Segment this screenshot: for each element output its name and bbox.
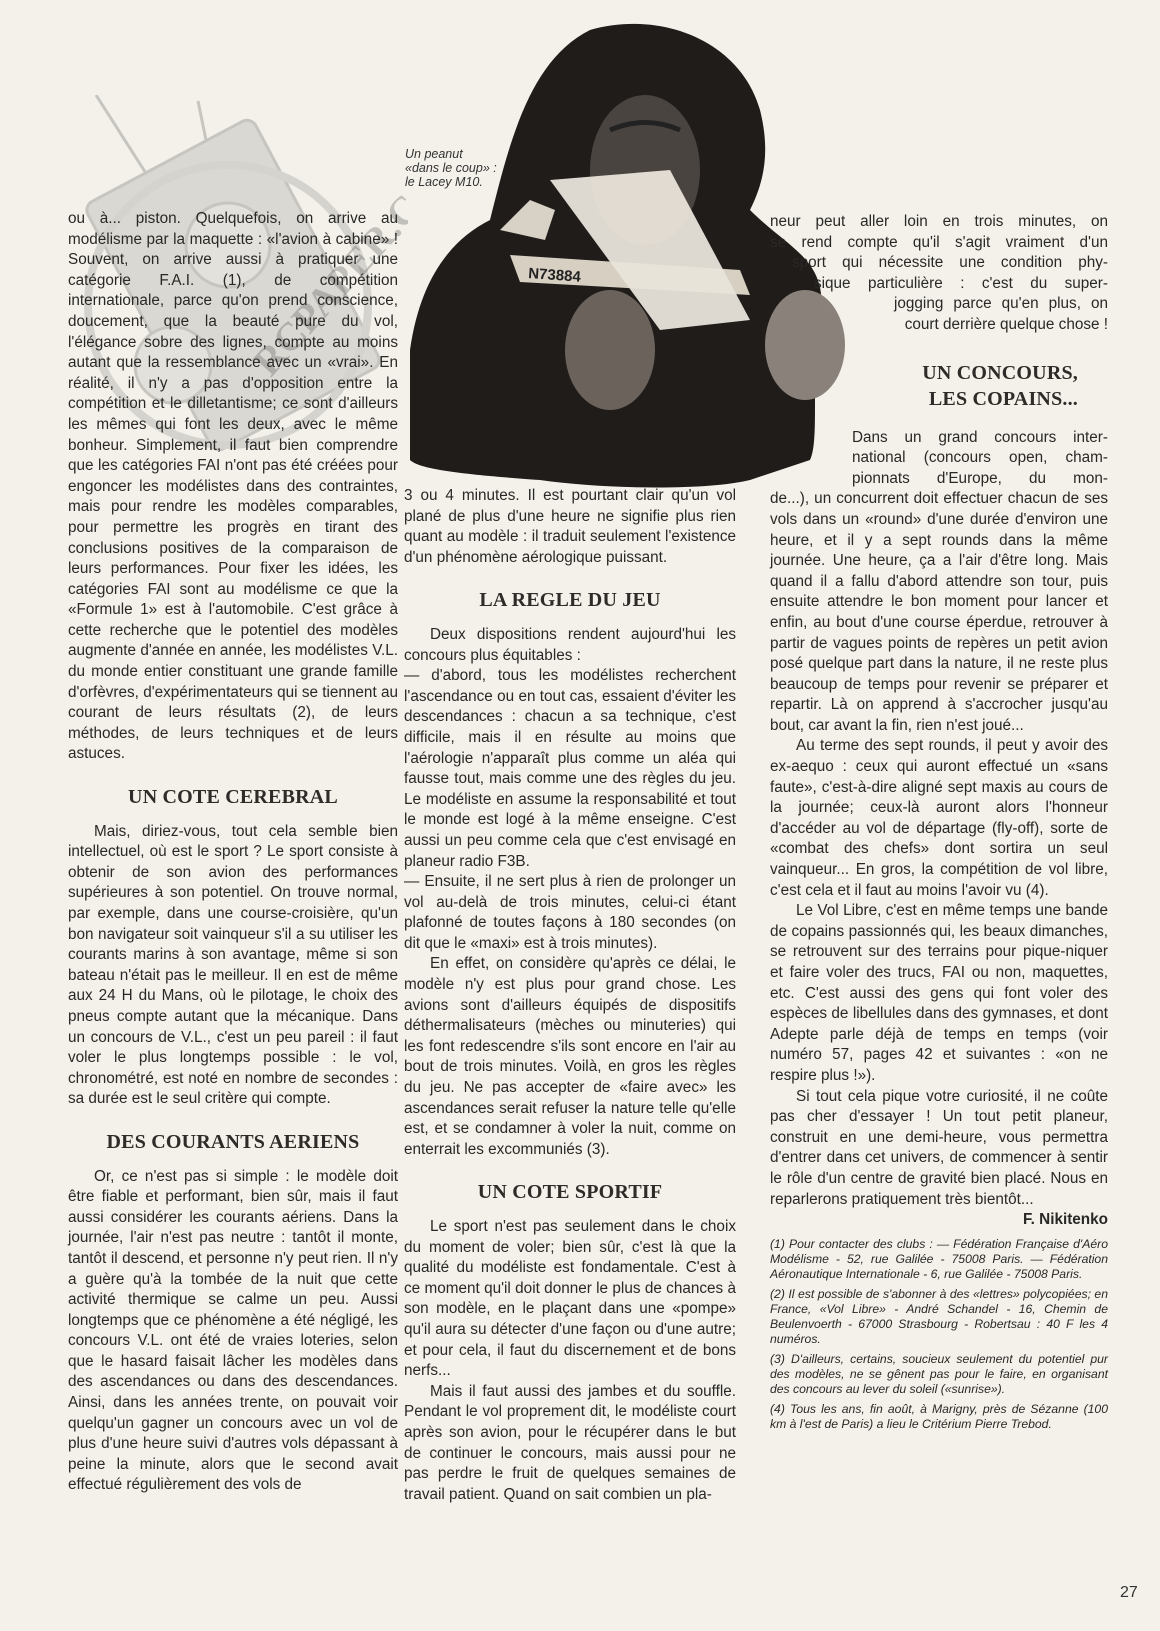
paragraph: Si tout cela pique votre curiosité, il n… — [770, 1087, 1108, 1211]
footnote: (1) Pour contacter des clubs : — Fédérat… — [770, 1237, 1108, 1282]
paragraph: — d'abord, tous les modélistes recherche… — [404, 666, 736, 872]
section-heading: LA REGLE DU JEU — [404, 590, 736, 611]
paragraph: — Ensuite, il ne sert plus à rien de pro… — [404, 872, 736, 954]
paragraph: Mais il faut aussi des jambes et du souf… — [404, 1382, 736, 1506]
section-heading: UN COTE SPORTIF — [404, 1182, 736, 1203]
paragraph: Au terme des sept rounds, il peut y avoi… — [770, 736, 1108, 901]
paragraph: 3 ou 4 minutes. Il est pourtant clair qu… — [404, 486, 736, 568]
footnote: (2) Il est possible de s'abonner à des «… — [770, 1287, 1108, 1347]
footnote: (3) D'ailleurs, certains, soucieux seule… — [770, 1352, 1108, 1397]
paragraph: Mais, diriez-vous, tout cela semble bien… — [68, 822, 398, 1110]
paragraph: Le Vol Libre, c'est en même temps une ba… — [770, 901, 1108, 1086]
section-heading: UN CONCOURS, LES COPAINS... — [770, 360, 1108, 412]
wrapped-intro: neur peut aller loin en trois minutes, o… — [770, 212, 1108, 336]
paragraph: En effet, on considère qu'après ce délai… — [404, 954, 736, 1160]
wrapped-lead: Dans un grand concours inter- national (… — [770, 428, 1108, 490]
article-column-1: ou à... piston. Quelquefois, on arrive a… — [68, 209, 398, 1496]
paragraph: de...), un concurrent doit effectuer cha… — [770, 489, 1108, 736]
section-heading: DES COURANTS AERIENS — [68, 1132, 398, 1153]
section-heading: UN COTE CEREBRAL — [68, 787, 398, 808]
footnotes: (1) Pour contacter des clubs : — Fédérat… — [770, 1237, 1108, 1432]
photo-caption: Un peanut «dans le coup» : le Lacey M10. — [405, 147, 525, 189]
paragraph: ou à... piston. Quelquefois, on arrive a… — [68, 209, 398, 765]
article-column-2: 3 ou 4 minutes. Il est pourtant clair qu… — [404, 486, 736, 1505]
article-column-3: neur peut aller loin en trois minutes, o… — [770, 212, 1108, 1437]
paragraph: Or, ce n'est pas si simple : le modèle d… — [68, 1167, 398, 1497]
footnote: (4) Tous les ans, fin août, à Marigny, p… — [770, 1402, 1108, 1432]
paragraph: Le sport n'est pas seulement dans le cho… — [404, 1217, 736, 1382]
paragraph: Deux dispositions rendent aujourd'hui le… — [404, 625, 736, 666]
author-signature: F. Nikitenko — [770, 1210, 1108, 1231]
page-number: 27 — [1120, 1584, 1138, 1602]
